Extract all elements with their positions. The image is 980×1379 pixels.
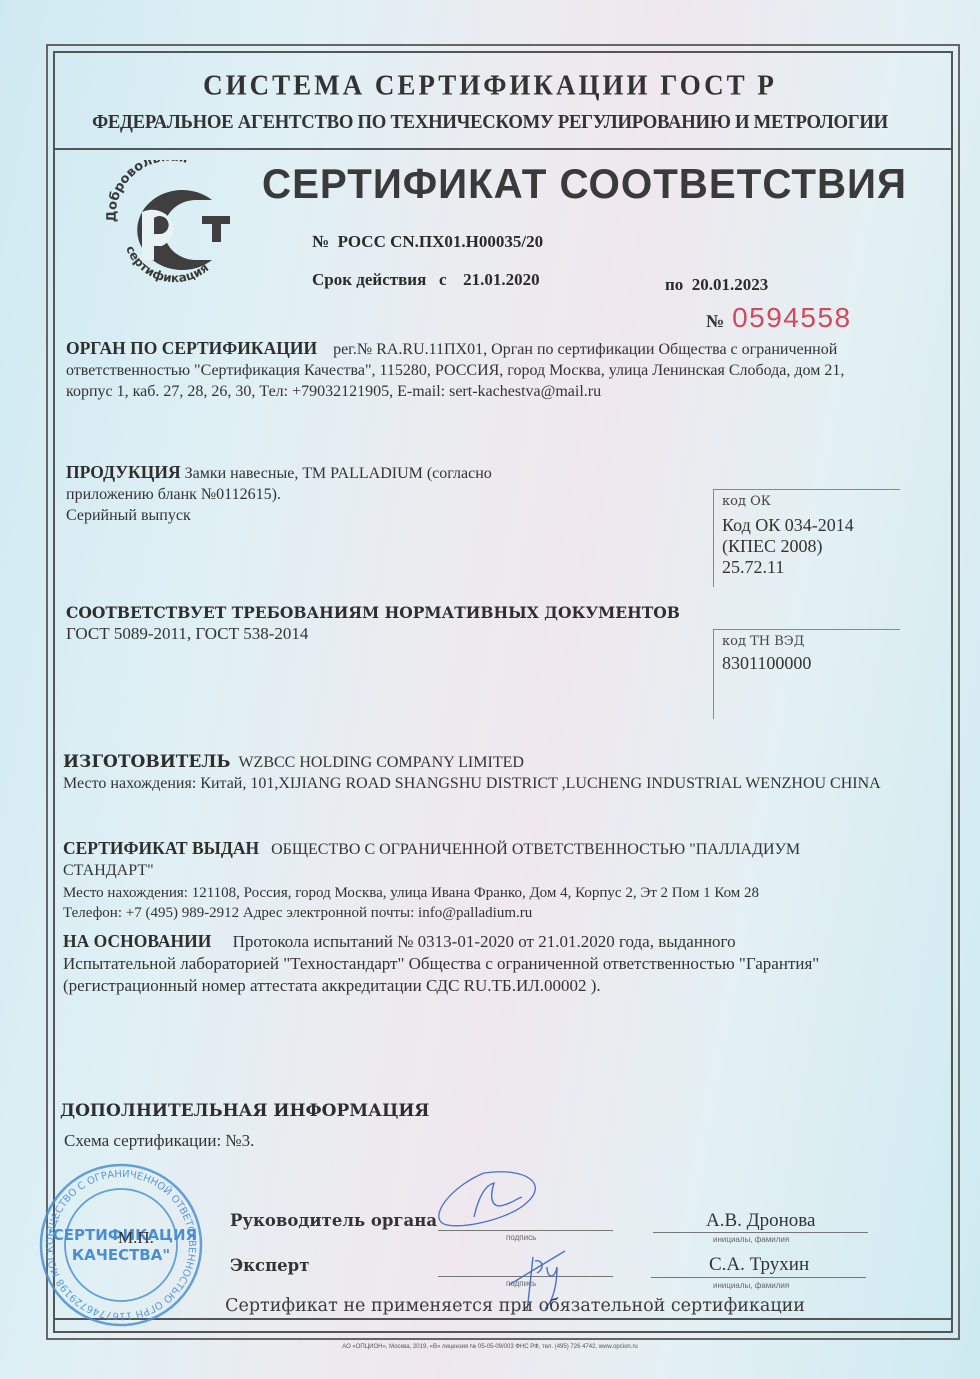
tn-ved-label: код ТН ВЭД — [722, 634, 900, 649]
to-label: по — [665, 275, 683, 294]
valid-to: 20.01.2023 — [692, 275, 769, 294]
basis-label: НА ОСНОВАНИИ — [63, 931, 211, 951]
tn-ved-code-box: код ТН ВЭД 8301100000 — [713, 629, 900, 719]
manufacturer-address: Место нахождения: Китай, 101,XIJIANG ROA… — [63, 775, 881, 792]
basis-text-rest: Испытательной лабораторией "Техностандар… — [63, 954, 819, 995]
system-title: СИСТЕМА СЕРТИФИКАЦИИ ГОСТ Р — [0, 69, 980, 102]
issued-to-section: СЕРТИФИКАТ ВЫДАН ОБЩЕСТВО С ОГРАНИЧЕННОЙ… — [63, 838, 883, 923]
basis-text-line1: Протокола испытаний № 0313-01-2020 от 21… — [233, 932, 736, 951]
head-of-body-label: Руководитель органа — [230, 1211, 437, 1230]
head-name-line — [653, 1232, 868, 1233]
manufacturer-section: ИЗГОТОВИТЕЛЬ WZBCC HOLDING COMPANY LIMIT… — [63, 752, 883, 794]
certification-scheme: Схема сертификации: №3. — [60, 1130, 660, 1151]
basis-section: НА ОСНОВАНИИ Протокола испытаний № 0313-… — [63, 930, 883, 997]
ok-code-box: код ОК Код ОК 034-2014 (КПЕС 2008) 25.72… — [713, 489, 900, 587]
header-divider — [53, 148, 953, 150]
certificate-title: СЕРТИФИКАТ СООТВЕТСТВИЯ — [262, 160, 907, 208]
agency-name: ФЕДЕРАЛЬНОЕ АГЕНТСТВО ПО ТЕХНИЧЕСКОМУ РЕ… — [20, 112, 961, 134]
blank-number: №0594558 — [706, 302, 852, 334]
head-name: А.В. Дронова — [706, 1210, 815, 1232]
expert-name: С.А. Трухин — [709, 1254, 809, 1276]
manufacturer-label: ИЗГОТОВИТЕЛЬ — [63, 752, 230, 772]
number-sign: № — [312, 232, 329, 251]
standards-label: СООТВЕТСТВУЕТ ТРЕБОВАНИЯМ НОРМАТИВНЫХ ДО… — [66, 602, 706, 623]
additional-label: ДОПОЛНИТЕЛЬНАЯ ИНФОРМАЦИЯ — [60, 1101, 660, 1122]
name-caption: инициалы, фамилия — [713, 1281, 789, 1290]
stamp-place-label: М.П. — [118, 1228, 154, 1248]
ok-code-values: Код ОК 034-2014 (КПЕС 2008) 25.72.11 — [722, 515, 900, 578]
product-serial: Серийный выпуск — [66, 507, 191, 524]
blank-number-value: 0594558 — [732, 302, 852, 333]
valid-to-block: по 20.01.2023 — [665, 275, 768, 295]
validity-label: Срок действия — [312, 270, 426, 289]
registration-number: № РОСС CN.ПХ01.Н00035/20 — [312, 232, 543, 252]
validity-period: Срок действия с 21.01.2020 — [312, 270, 540, 290]
reg-number-value: РОСС CN.ПХ01.Н00035/20 — [338, 232, 544, 251]
ok-code-label: код ОК — [722, 494, 900, 509]
svg-text:КАЧЕСТВА": КАЧЕСТВА" — [72, 1246, 170, 1264]
expert-label: Эксперт — [230, 1256, 309, 1275]
tn-ved-value: 8301100000 — [722, 653, 900, 674]
product-text-line1: Замки навесные, ТМ PALLADIUM (согласно — [185, 465, 492, 482]
certification-body-label: ОРГАН ПО СЕРТИФИКАЦИИ — [66, 338, 317, 358]
printer-imprint: АО «ОПЦИОН», Москва, 2019, «В» лицензия … — [0, 1344, 980, 1350]
standards-text: ГОСТ 5089-2011, ГОСТ 538-2014 — [66, 623, 706, 644]
from-label: с — [439, 270, 447, 289]
issued-to-contacts: Телефон: +7 (495) 989-2912 Адрес электро… — [63, 903, 883, 923]
certification-body-section: ОРГАН ПО СЕРТИФИКАЦИИ рег.№ RA.RU.11ПХ01… — [66, 338, 866, 402]
product-label: ПРОДУКЦИЯ — [66, 462, 181, 482]
head-signature-icon — [424, 1165, 554, 1240]
additional-section: ДОПОЛНИТЕЛЬНАЯ ИНФОРМАЦИЯ Схема сертифик… — [60, 1101, 660, 1151]
voluntary-notice: Сертификат не применяется при обязательн… — [0, 1296, 980, 1316]
expert-name-line — [651, 1277, 866, 1278]
number-sign: № — [706, 311, 724, 331]
product-text-line2: приложению бланк №0112615). — [66, 486, 281, 503]
standards-section: СООТВЕТСТВУЕТ ТРЕБОВАНИЯМ НОРМАТИВНЫХ ДО… — [66, 602, 706, 644]
issued-to-address: Место нахождения: 121108, Россия, город … — [63, 883, 883, 903]
product-section: ПРОДУКЦИЯ Замки навесные, ТМ PALLADIUM (… — [66, 462, 626, 526]
name-caption: инициалы, фамилия — [713, 1235, 789, 1244]
issued-to-label: СЕРТИФИКАТ ВЫДАН — [63, 838, 259, 858]
valid-from: 21.01.2020 — [463, 270, 540, 289]
rst-logo-icon: Добровольная сертификация — [104, 160, 239, 290]
manufacturer-name: WZBCC HOLDING COMPANY LIMITED — [238, 754, 523, 771]
